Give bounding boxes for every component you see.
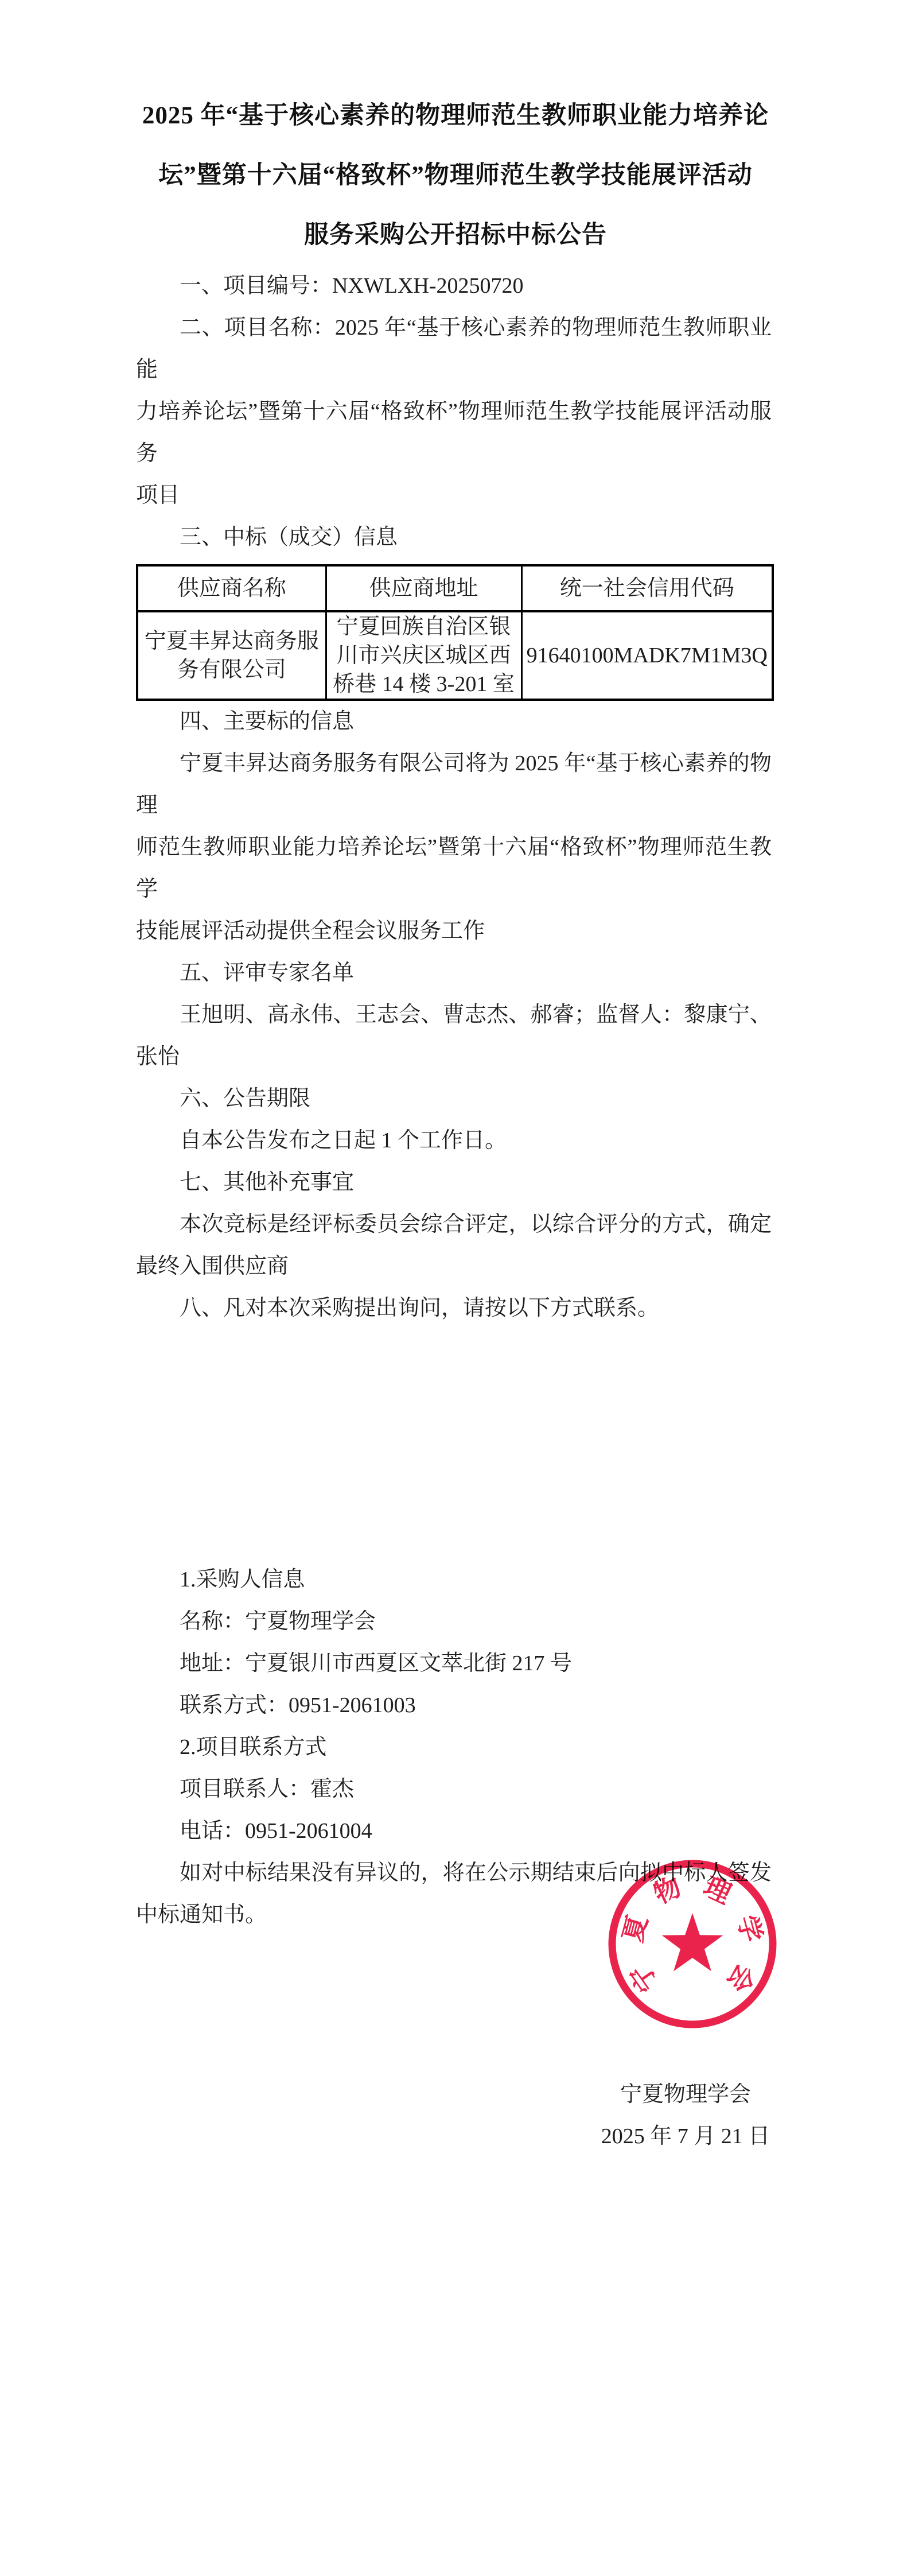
document-line: 七、其他补充事宜 [136, 1162, 772, 1204]
document-line: 项目联系人：霍杰 [136, 1768, 772, 1810]
document-line: 王旭明、高永伟、王志会、曹志杰、郝睿；监督人：黎康宁、 [136, 994, 772, 1036]
document-line: 四、主要标的信息 [136, 701, 772, 743]
signature-block: 宁夏物理学会 2025 年 7 月 21 日 [599, 2074, 772, 2158]
document-line: 中标通知书。 [136, 1894, 772, 1936]
document-line: 地址：宁夏银川市西夏区文萃北街 217 号 [136, 1643, 772, 1685]
document-line: 如对中标结果没有异议的，将在公示期结束后向拟中标人签发 [136, 1852, 772, 1894]
award-info-table-wrap: 供应商名称 供应商地址 统一社会信用代码 宁夏丰昇达商务服务有限公司 宁夏回族自… [136, 564, 772, 701]
document-line: 三、中标（成交）信息 [136, 517, 772, 558]
document-line: 自本公告发布之日起 1 个工作日。 [136, 1120, 772, 1162]
document-title: 2025 年“基于核心素养的物理师范生教师职业能力培养论 坛”暨第十六届“格致杯… [46, 86, 865, 265]
signature-org: 宁夏物理学会 [599, 2074, 772, 2116]
header-supplier-name: 供应商名称 [137, 565, 326, 611]
document-line: 师范生教师职业能力培养论坛”暨第十六届“格致杯”物理师范生教学 [136, 827, 772, 910]
cell-supplier-address: 宁夏回族自治区银川市兴庆区城区西桥巷 14 楼 3-201 室 [326, 611, 521, 700]
cell-credit-code: 91640100MADK7M1M3Q [521, 611, 773, 700]
document-line: 二、项目名称：2025 年“基于核心素养的物理师范生教师职业能 [136, 307, 772, 391]
table-header-row: 供应商名称 供应商地址 统一社会信用代码 [137, 565, 773, 611]
title-line-2: 坛”暨第十六届“格致杯”物理师范生教学技能展评活动 [46, 146, 865, 205]
document-line: 1.采购人信息 [136, 1559, 772, 1601]
document-line: 技能展评活动提供全程会议服务工作 [136, 910, 772, 952]
table-row: 宁夏丰昇达商务服务有限公司 宁夏回族自治区银川市兴庆区城区西桥巷 14 楼 3-… [137, 611, 773, 700]
header-credit-code: 统一社会信用代码 [521, 565, 773, 611]
document-line: 六、公告期限 [136, 1078, 772, 1120]
document-body: 一、项目编号：NXWLXH-20250720二、项目名称：2025 年“基于核心… [0, 265, 911, 2158]
document-line: 五、评审专家名单 [136, 952, 772, 994]
header-supplier-address: 供应商地址 [326, 565, 521, 611]
award-info-table: 供应商名称 供应商地址 统一社会信用代码 宁夏丰昇达商务服务有限公司 宁夏回族自… [136, 564, 774, 701]
document-line: 联系方式：0951-2061003 [136, 1685, 772, 1727]
document-line: 力培养论坛”暨第十六届“格致杯”物理师范生教学技能展评活动服务 [136, 391, 772, 475]
document-line: 电话：0951-2061004 [136, 1810, 772, 1852]
document-line: 项目 [136, 475, 772, 517]
title-line-1: 2025 年“基于核心素养的物理师范生教师职业能力培养论 [46, 86, 865, 146]
document-line: 八、凡对本次采购提出询问，请按以下方式联系。 [136, 1287, 772, 1329]
document-line: 最终入围供应商 [136, 1246, 772, 1287]
signature-date: 2025 年 7 月 21 日 [599, 2116, 772, 2158]
document-line: 2.项目联系方式 [136, 1727, 772, 1768]
document-line: 本次竞标是经评标委员会综合评定，以综合评分的方式，确定 [136, 1204, 772, 1246]
document-line: 一、项目编号：NXWLXH-20250720 [136, 265, 772, 307]
document-line: 张怡 [136, 1036, 772, 1078]
document-line: 宁夏丰昇达商务服务有限公司将为 2025 年“基于核心素养的物理 [136, 743, 772, 827]
spacer [136, 1329, 772, 1559]
document-page: { "page": {"background": "#ffffff", "tex… [0, 0, 911, 2576]
cell-supplier-name: 宁夏丰昇达商务服务有限公司 [137, 611, 326, 700]
document-line: 名称：宁夏物理学会 [136, 1601, 772, 1643]
title-line-3: 服务采购公开招标中标公告 [46, 205, 865, 265]
